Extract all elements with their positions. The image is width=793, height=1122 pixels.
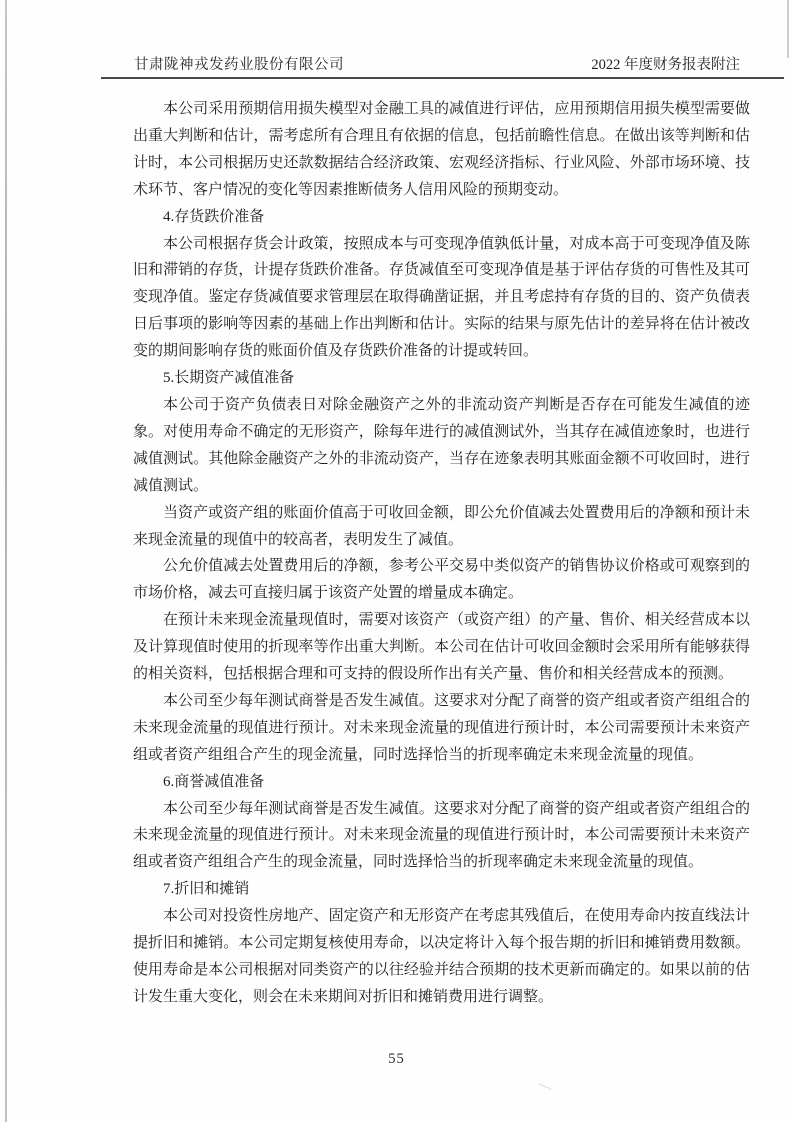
paragraph-inventory-provision: 本公司根据存货会计政策，按照成本与可变现净值孰低计量，对成本高于可变现净值及陈旧… xyxy=(133,231,750,366)
section-heading-5-longterm-asset-impairment: 5.长期资产减值准备 xyxy=(133,365,750,392)
header-company-name: 甘肃陇神戎发药业股份有限公司 xyxy=(134,53,344,74)
paragraph-fair-value-net: 公允价值减去处置费用后的净额，参考公平交易中类似资产的销售协议价格或可观察到的市… xyxy=(133,553,750,607)
page-number: 55 xyxy=(0,1051,793,1068)
section-heading-4-inventory-provision: 4.存货跌价准备 xyxy=(133,204,750,231)
document-body: 本公司采用预期信用损失模型对金融工具的减值进行评估，应用预期信用损失模型需要做出… xyxy=(133,96,750,1011)
scan-scratch-artifact xyxy=(538,1083,551,1090)
document-page: 甘肃陇神戎发药业股份有限公司 2022 年度财务报表附注 本公司采用预期信用损失… xyxy=(0,0,793,1122)
paragraph-cash-flow-estimate: 在预计未来现金流量现值时，需要对该资产（或资产组）的产量、售价、相关经营成本以及… xyxy=(133,607,750,688)
paragraph-impairment-test: 本公司于资产负债表日对除金融资产之外的非流动资产判断是否存在可能发生减值的迹象。… xyxy=(133,392,750,500)
scan-edge-artifact-left xyxy=(5,0,7,1122)
paragraph-goodwill-impairment: 本公司至少每年测试商誉是否发生减值。这要求对分配了商誉的资产组或者资产组组合的未… xyxy=(133,796,750,877)
paragraph-recoverable-amount: 当资产或资产组的账面价值高于可收回金额，即公允价值减去处置费用后的净额和预计未来… xyxy=(133,500,750,554)
scan-edge-artifact-right xyxy=(787,0,789,58)
section-heading-7-depreciation-amortization: 7.折旧和摊销 xyxy=(133,876,750,903)
header-report-title: 2022 年度财务报表附注 xyxy=(591,53,740,74)
paragraph-credit-loss-model: 本公司采用预期信用损失模型对金融工具的减值进行评估，应用预期信用损失模型需要做出… xyxy=(133,96,750,204)
paragraph-depreciation-amortization: 本公司对投资性房地产、固定资产和无形资产在考虑其残值后，在使用寿命内按直线法计提… xyxy=(133,903,750,1011)
paragraph-goodwill-test: 本公司至少每年测试商誉是否发生减值。这要求对分配了商誉的资产组或者资产组组合的未… xyxy=(133,688,750,769)
section-heading-6-goodwill-impairment: 6.商誉减值准备 xyxy=(133,769,750,796)
page-header: 甘肃陇神戎发药业股份有限公司 2022 年度财务报表附注 xyxy=(101,46,784,79)
